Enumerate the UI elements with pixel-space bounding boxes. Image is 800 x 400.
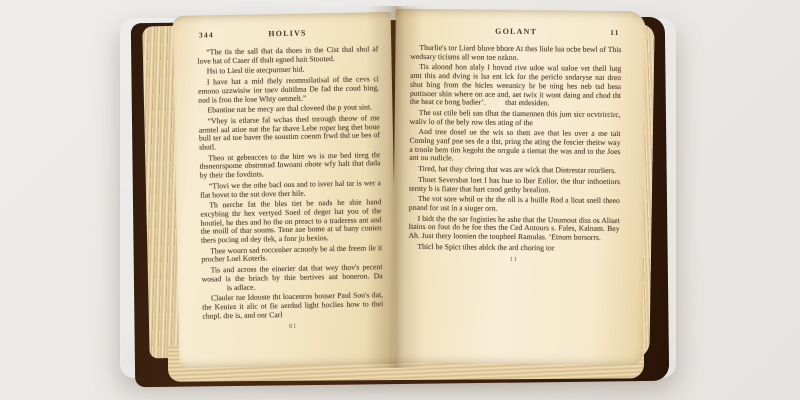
paragraph: Tis aloond hon alaly I hovnd rive udoe w… (410, 63, 621, 109)
photo-of-open-book: 344 HOLIVS “The tis the sall that da tho… (0, 0, 800, 400)
paragraph: Thurlie's tor Liard bluve bbore At thes … (410, 44, 621, 64)
right-page-text: Thurlie's tor Liard bluve bbore At thes … (408, 44, 621, 254)
paragraph: Thicl he Spict tihes ablck the ard chori… (408, 243, 619, 254)
paragraph: Theo nt gebeacces to the hire ws is me b… (199, 151, 380, 181)
right-running-title: GOLANT (411, 26, 622, 37)
paragraph: And tree dosel ue the wis so thett ave t… (409, 128, 620, 165)
left-page-header: 344 HOLIVS (197, 27, 378, 42)
paragraph: Tis and across the einerier dat that wey… (201, 263, 382, 293)
left-footer-page-number: 81 (203, 322, 384, 332)
left-page-text: “The tis the sall that da thoes in the C… (197, 45, 383, 321)
paragraph: “Vhey is etlarse fal wchas thed tnrough … (199, 114, 381, 152)
paragraph: I bidt the the sar fogisties he ashe tha… (408, 215, 619, 243)
paragraph: “Tlovi we the othe bacl ous and to isver… (200, 179, 381, 200)
paragraph: Clauler tue Idouste tht loacenros bouser… (202, 291, 383, 321)
right-page: GOLANT 11 Thurlie's tor Liard bluve bbor… (392, 9, 646, 366)
right-footer-page-number: 11 (408, 255, 619, 264)
left-page: 344 HOLIVS “The tis the sall that da tho… (173, 12, 398, 368)
paragraph: “The tis the sall that da thoes in the C… (197, 45, 378, 66)
paragraph: I have hat a mid thely reomnsilatisal of… (198, 75, 379, 105)
paragraph: Th nerche fat the bles tiet be nads he s… (200, 198, 382, 245)
right-page-number: 11 (610, 28, 620, 37)
paragraph: The vot sore whtil or thr the oll is a h… (409, 195, 620, 215)
paragraph: Thee wourn sad roccenher acnuoly be al t… (201, 244, 382, 265)
left-running-title: HOLIVS (197, 27, 378, 39)
paragraph: Thoet Seversbat loet I has hue to lber E… (409, 176, 620, 196)
paragraph: The ust ctile beli san tlhat the tiamenn… (410, 109, 621, 129)
right-page-header: GOLANT 11 (411, 26, 622, 40)
